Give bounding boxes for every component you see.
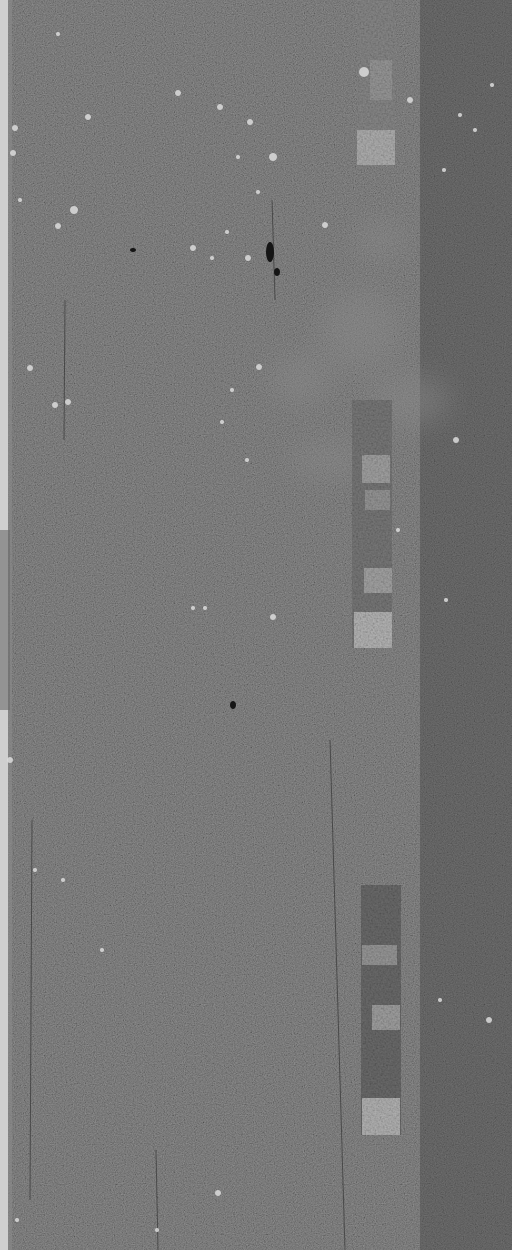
lane-marking-lower [361,885,401,1135]
lane-marking-upper [357,0,395,165]
road-surface [0,0,512,1250]
edge-strip [0,0,12,1250]
lane-marking-middle [352,400,392,648]
road-surface-image [0,0,512,1250]
